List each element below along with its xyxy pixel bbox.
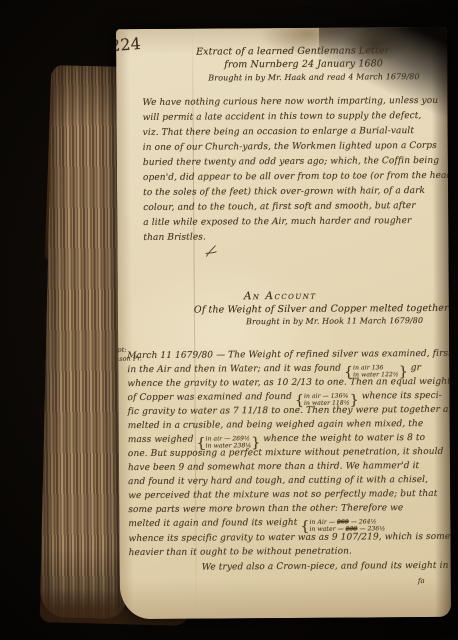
letter-line: a litle while exposed to the Air, much h…: [143, 216, 411, 228]
account-line: March 11 1679/80 — The Weight of refined…: [127, 349, 451, 361]
account-title: An Account: [244, 290, 317, 303]
account-line: whence the gravity to water, as 10 2/13 …: [127, 377, 450, 389]
account-final-line: We tryed also a Crown-piece, and found i…: [202, 560, 451, 572]
letter-heading-line: from Nurnberg 24 January 1680: [224, 58, 383, 70]
account-line: and found it very hard and tough, and cu…: [128, 475, 428, 487]
account-line: fic gravity to water as 7 11/18 to one. …: [128, 405, 451, 417]
account-line: have been 9 and somewhat more than a thi…: [128, 461, 419, 473]
page-number: 224: [116, 34, 142, 55]
letter-heading-line: Brought in by Mr. Haak and read 4 March …: [208, 72, 419, 82]
account-line: heavier than it ought to be without pene…: [129, 547, 352, 559]
account-line: melted in a crusible, and being weighed …: [128, 419, 424, 431]
struck-value: 238: [346, 525, 358, 532]
manuscript-photo: 224 Extract of a learned Gentlemans Lett…: [0, 0, 458, 640]
letter-line: viz. That there being an occasion to enl…: [143, 126, 414, 138]
catchword: fa: [418, 577, 425, 585]
letter-heading-line: Extract of a learned Gentlemans Letter: [196, 45, 389, 57]
account-line: one. But supposing a perfect mixture wit…: [128, 447, 444, 459]
letter-line: than Bristles.: [143, 233, 206, 243]
letter-line: will permit a late accident in this town…: [143, 111, 422, 123]
letter-line: colour, and to the touch, at first soft …: [143, 201, 416, 213]
letter-line: We have nothing curious here now worth i…: [142, 96, 438, 108]
letter-line: to the soles of the feet) thick over-gro…: [143, 186, 425, 198]
letter-line: open'd, did appear to be all over from t…: [143, 171, 451, 183]
account-line: some parts were more brown than the othe…: [128, 503, 403, 515]
account-subtitle: Of the Weight of Silver and Copper melte…: [194, 303, 449, 316]
account-line: whence its specific gravity to water was…: [128, 532, 451, 544]
ink-flourish-icon: [203, 243, 219, 262]
manuscript-page: 224 Extract of a learned Gentlemans Lett…: [116, 27, 451, 619]
letter-line: buried there twenty and odd years ago; w…: [143, 156, 439, 168]
account-date-line: Brought in by Mr. Hook 11 March 1679/80: [246, 316, 423, 326]
letter-line: in one of our Church-yards, the Workmen …: [143, 141, 437, 153]
account-line: we perceived that the mixture was not so…: [128, 489, 437, 501]
